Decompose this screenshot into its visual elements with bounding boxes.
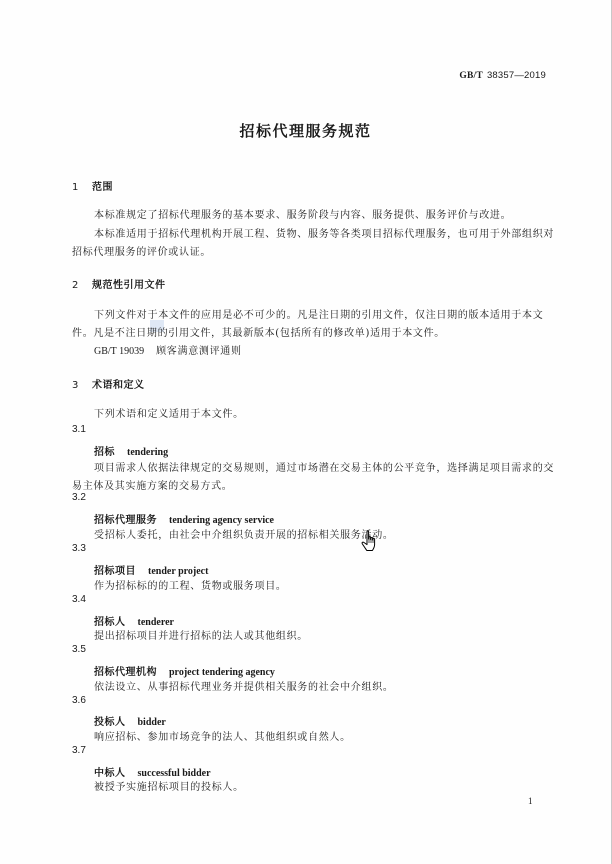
normative-reference: GB/T 19039顾客满意测评通则 (94, 342, 242, 361)
term-definition: 被授予实施招标项目的投标人。 (94, 778, 244, 797)
document-page: GB/T38357—2019 招标代理服务规范 1范围 本标准规定了招标代理服务… (0, 0, 612, 864)
section-1-heading: 1范围 (72, 178, 113, 193)
term-number: 3.5 (72, 644, 86, 655)
hand-pointer-icon (361, 530, 379, 552)
term-definition: 提出招标项目并进行招标的法人或其他组织。 (94, 627, 308, 646)
reference-title: 顾客满意测评通则 (156, 346, 242, 357)
reference-code: GB/T 19039 (94, 346, 144, 357)
term-zh: 招标 (94, 447, 115, 458)
section-title: 范围 (92, 182, 113, 193)
term-definition: 作为招标标的的工程、货物或服务项目。 (94, 577, 287, 596)
term-zh: 投标人 (94, 717, 126, 728)
term-heading: 招标tendering (94, 443, 168, 458)
term-heading: 招标项目tender project (94, 562, 208, 577)
term-definition: 响应招标、参加市场竞争的法人、其他组织或自然人。 (94, 728, 351, 747)
section-3-heading: 3术语和定义 (72, 376, 145, 391)
standard-code: GB/T38357—2019 (459, 70, 546, 81)
term-en: bidder (138, 717, 166, 728)
term-definition: 受招标人委托，由社会中介组织负责开展的招标相关服务活动。 (94, 526, 394, 545)
term-heading: 投标人bidder (94, 713, 166, 728)
term-number: 3.4 (72, 594, 86, 605)
term-number: 3.7 (72, 745, 86, 756)
term-number: 3.2 (72, 492, 86, 503)
section-number: 1 (72, 182, 92, 193)
term-en: tender project (148, 566, 208, 577)
term-heading: 招标代理服务tendering agency service (94, 511, 274, 526)
standard-number: 38357—2019 (487, 70, 546, 81)
term-heading: 中标人successful bidder (94, 764, 211, 779)
term-definition: 项目需求人依据法律规定的交易规则，通过市场潜在交易主体的公平竞争，选择满足项目需… (94, 459, 554, 478)
standard-prefix: GB/T (459, 71, 483, 81)
term-heading: 招标代理机构project tendering agency (94, 663, 275, 678)
term-en: tendering agency service (169, 515, 274, 526)
term-heading: 招标人tenderer (94, 613, 174, 628)
section-2-heading: 2规范性引用文件 (72, 276, 166, 291)
section-number: 2 (72, 280, 92, 291)
paragraph: 本标准规定了招标代理服务的基本要求、服务阶段与内容、服务提供、服务评价与改进。 (94, 206, 511, 225)
term-definition: 依法设立、从事招标代理业务并提供相关服务的社会中介组织。 (94, 678, 394, 697)
paragraph-continuation: 招标代理服务的评价或认证。 (72, 243, 211, 262)
term-number: 3.3 (72, 543, 86, 554)
paragraph-continuation: 件。凡是不注日期的引用文件，其最新版本(包括所有的修改单)适用于本文件。 (72, 324, 445, 343)
section-title: 术语和定义 (92, 380, 145, 391)
term-zh: 招标代理机构 (94, 667, 157, 678)
term-number: 3.6 (72, 695, 86, 706)
paragraph: 下列术语和定义适用于本文件。 (94, 405, 244, 424)
paragraph: 本标准适用于招标代理机构开展工程、货物、服务等各类项目招标代理服务，也可用于外部… (94, 225, 554, 244)
document-title: 招标代理服务规范 (0, 120, 611, 141)
term-en: project tendering agency (169, 667, 275, 678)
section-number: 3 (72, 380, 92, 391)
term-definition-continuation: 易主体及其实施方案的交易方式。 (72, 477, 233, 496)
term-en: tendering (127, 447, 168, 458)
term-zh: 招标项目 (94, 566, 136, 577)
term-zh: 招标代理服务 (94, 515, 157, 526)
page-number: 1 (528, 796, 533, 806)
term-number: 3.1 (72, 424, 86, 435)
section-title: 规范性引用文件 (92, 280, 166, 291)
